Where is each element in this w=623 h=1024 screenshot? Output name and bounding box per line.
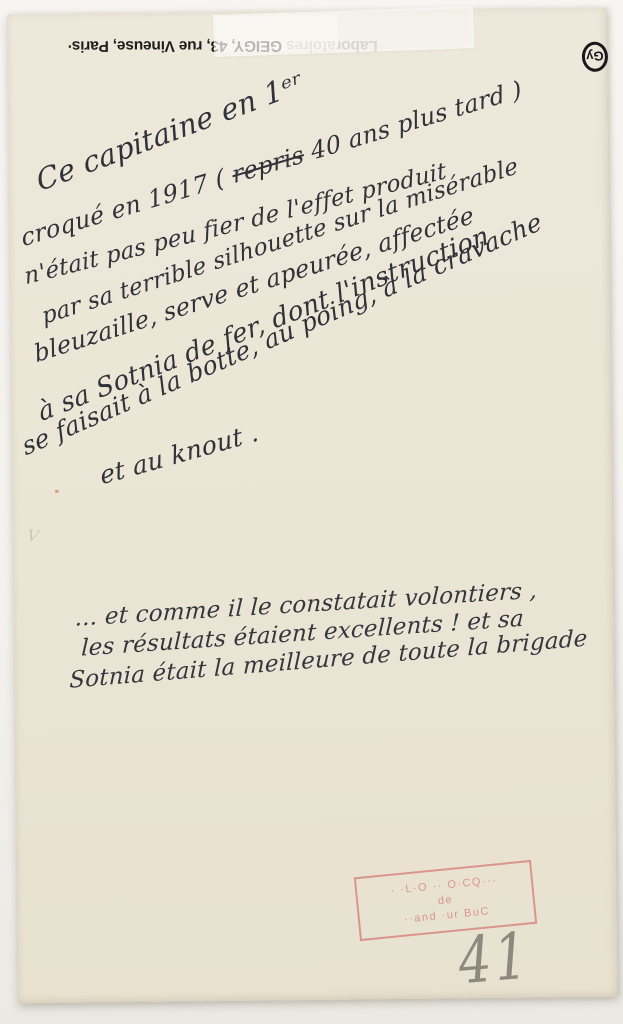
tape-strip-shine [215,14,338,53]
handwriting-struck-word: repris [230,140,306,189]
handwriting-line: et au knout . [98,417,261,490]
manuscript-paper: Laboratoires GEIGY, 43, rue Vineuse, Par… [7,8,617,1004]
geigy-logo-icon: Gy [581,41,608,72]
pencil-margin-mark: V [26,526,40,546]
stamp-line: de [437,893,454,909]
paper-speck [55,490,59,493]
page-number-pencil: 41 [456,920,533,1000]
scanned-document-photo: { "page": { "letterhead": { "faded_word"… [0,0,623,1024]
geigy-logo-text: Gy [586,50,604,64]
handwriting-segment: 40 ans plus tard ) [301,75,524,168]
